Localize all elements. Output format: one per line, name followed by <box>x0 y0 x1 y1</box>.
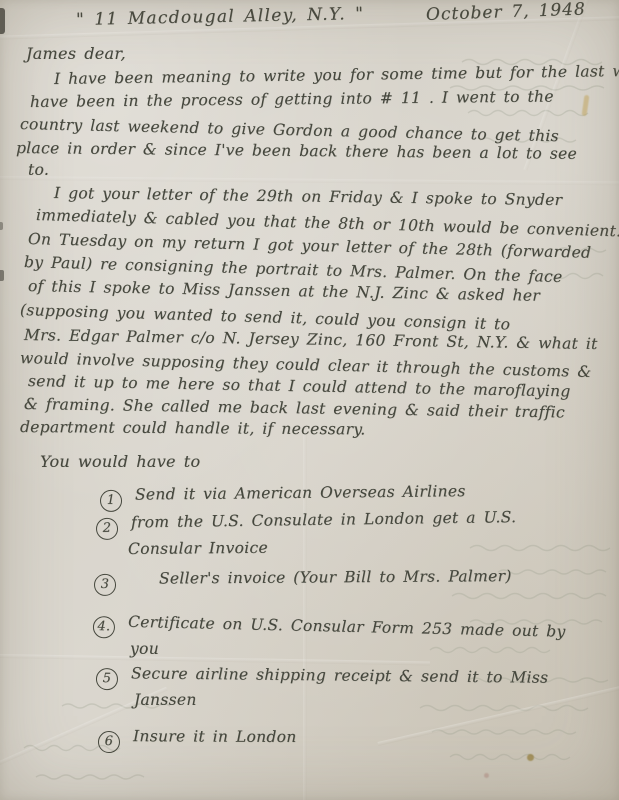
body-line: I have been meaning to write you for som… <box>54 61 619 88</box>
stain-spot-brown <box>527 754 534 761</box>
circled-number: 5 <box>96 668 118 690</box>
circled-number: 4. <box>93 616 115 638</box>
letter-page: " 11 Macdougal Alley, N.Y. " October 7, … <box>0 0 619 800</box>
body-line: Mrs. Edgar Palmer c/o N. Jersey Zinc, 16… <box>24 326 598 353</box>
circled-number: 1 <box>100 489 122 511</box>
list-item: 6Insure it in London <box>98 727 297 754</box>
list-item: 5Secure airline shipping receipt & send … <box>96 664 549 694</box>
circled-number: 3 <box>94 573 116 595</box>
paper-crease <box>0 654 430 666</box>
list-line-continuation: Janssen <box>134 691 197 709</box>
edge-ink-mark <box>0 270 4 281</box>
edge-ink-mark <box>0 8 5 34</box>
list-item: 3Seller's invoice (Your Bill to Mrs. Pal… <box>94 567 512 595</box>
list-line: Certificate on U.S. Consular Form 253 ma… <box>128 613 566 641</box>
list-item: 2from the U.S. Consulate in London get a… <box>96 508 517 539</box>
list-line: Send it via American Overseas Airlines <box>135 482 466 503</box>
body-line: department could handle it, if necessary… <box>20 418 366 438</box>
list-item: 1Send it via American Overseas Airlines <box>100 482 466 511</box>
list-line: from the U.S. Consulate in London get a … <box>131 508 517 531</box>
list-intro-line: You would have to <box>40 452 200 471</box>
edge-ink-mark <box>0 222 3 230</box>
list-line-continuation: Consular Invoice <box>128 539 268 558</box>
body-line: & framing. She called me back last eveni… <box>24 395 565 421</box>
circled-number: 6 <box>98 731 120 753</box>
greeting-line: James dear, <box>26 44 126 63</box>
address-line: " 11 Macdougal Alley, N.Y. " <box>76 4 365 30</box>
stain-spot-pink <box>484 773 489 778</box>
body-line: have been in the process of getting into… <box>30 88 554 111</box>
body-line: to. <box>28 161 49 179</box>
list-line: Seller's invoice (Your Bill to Mrs. Palm… <box>159 567 512 587</box>
body-line: I got your letter of the 29th on Friday … <box>54 184 563 209</box>
circled-number: 2 <box>96 517 118 539</box>
date-line: October 7, 1948 <box>426 0 586 25</box>
list-line-continuation: you <box>130 640 159 658</box>
list-item: 4.Certificate on U.S. Consular Form 253 … <box>93 612 566 648</box>
list-line: Secure airline shipping receipt & send i… <box>131 664 548 686</box>
list-line: Insure it in London <box>133 727 297 746</box>
stain-streak-yellow <box>582 95 590 116</box>
